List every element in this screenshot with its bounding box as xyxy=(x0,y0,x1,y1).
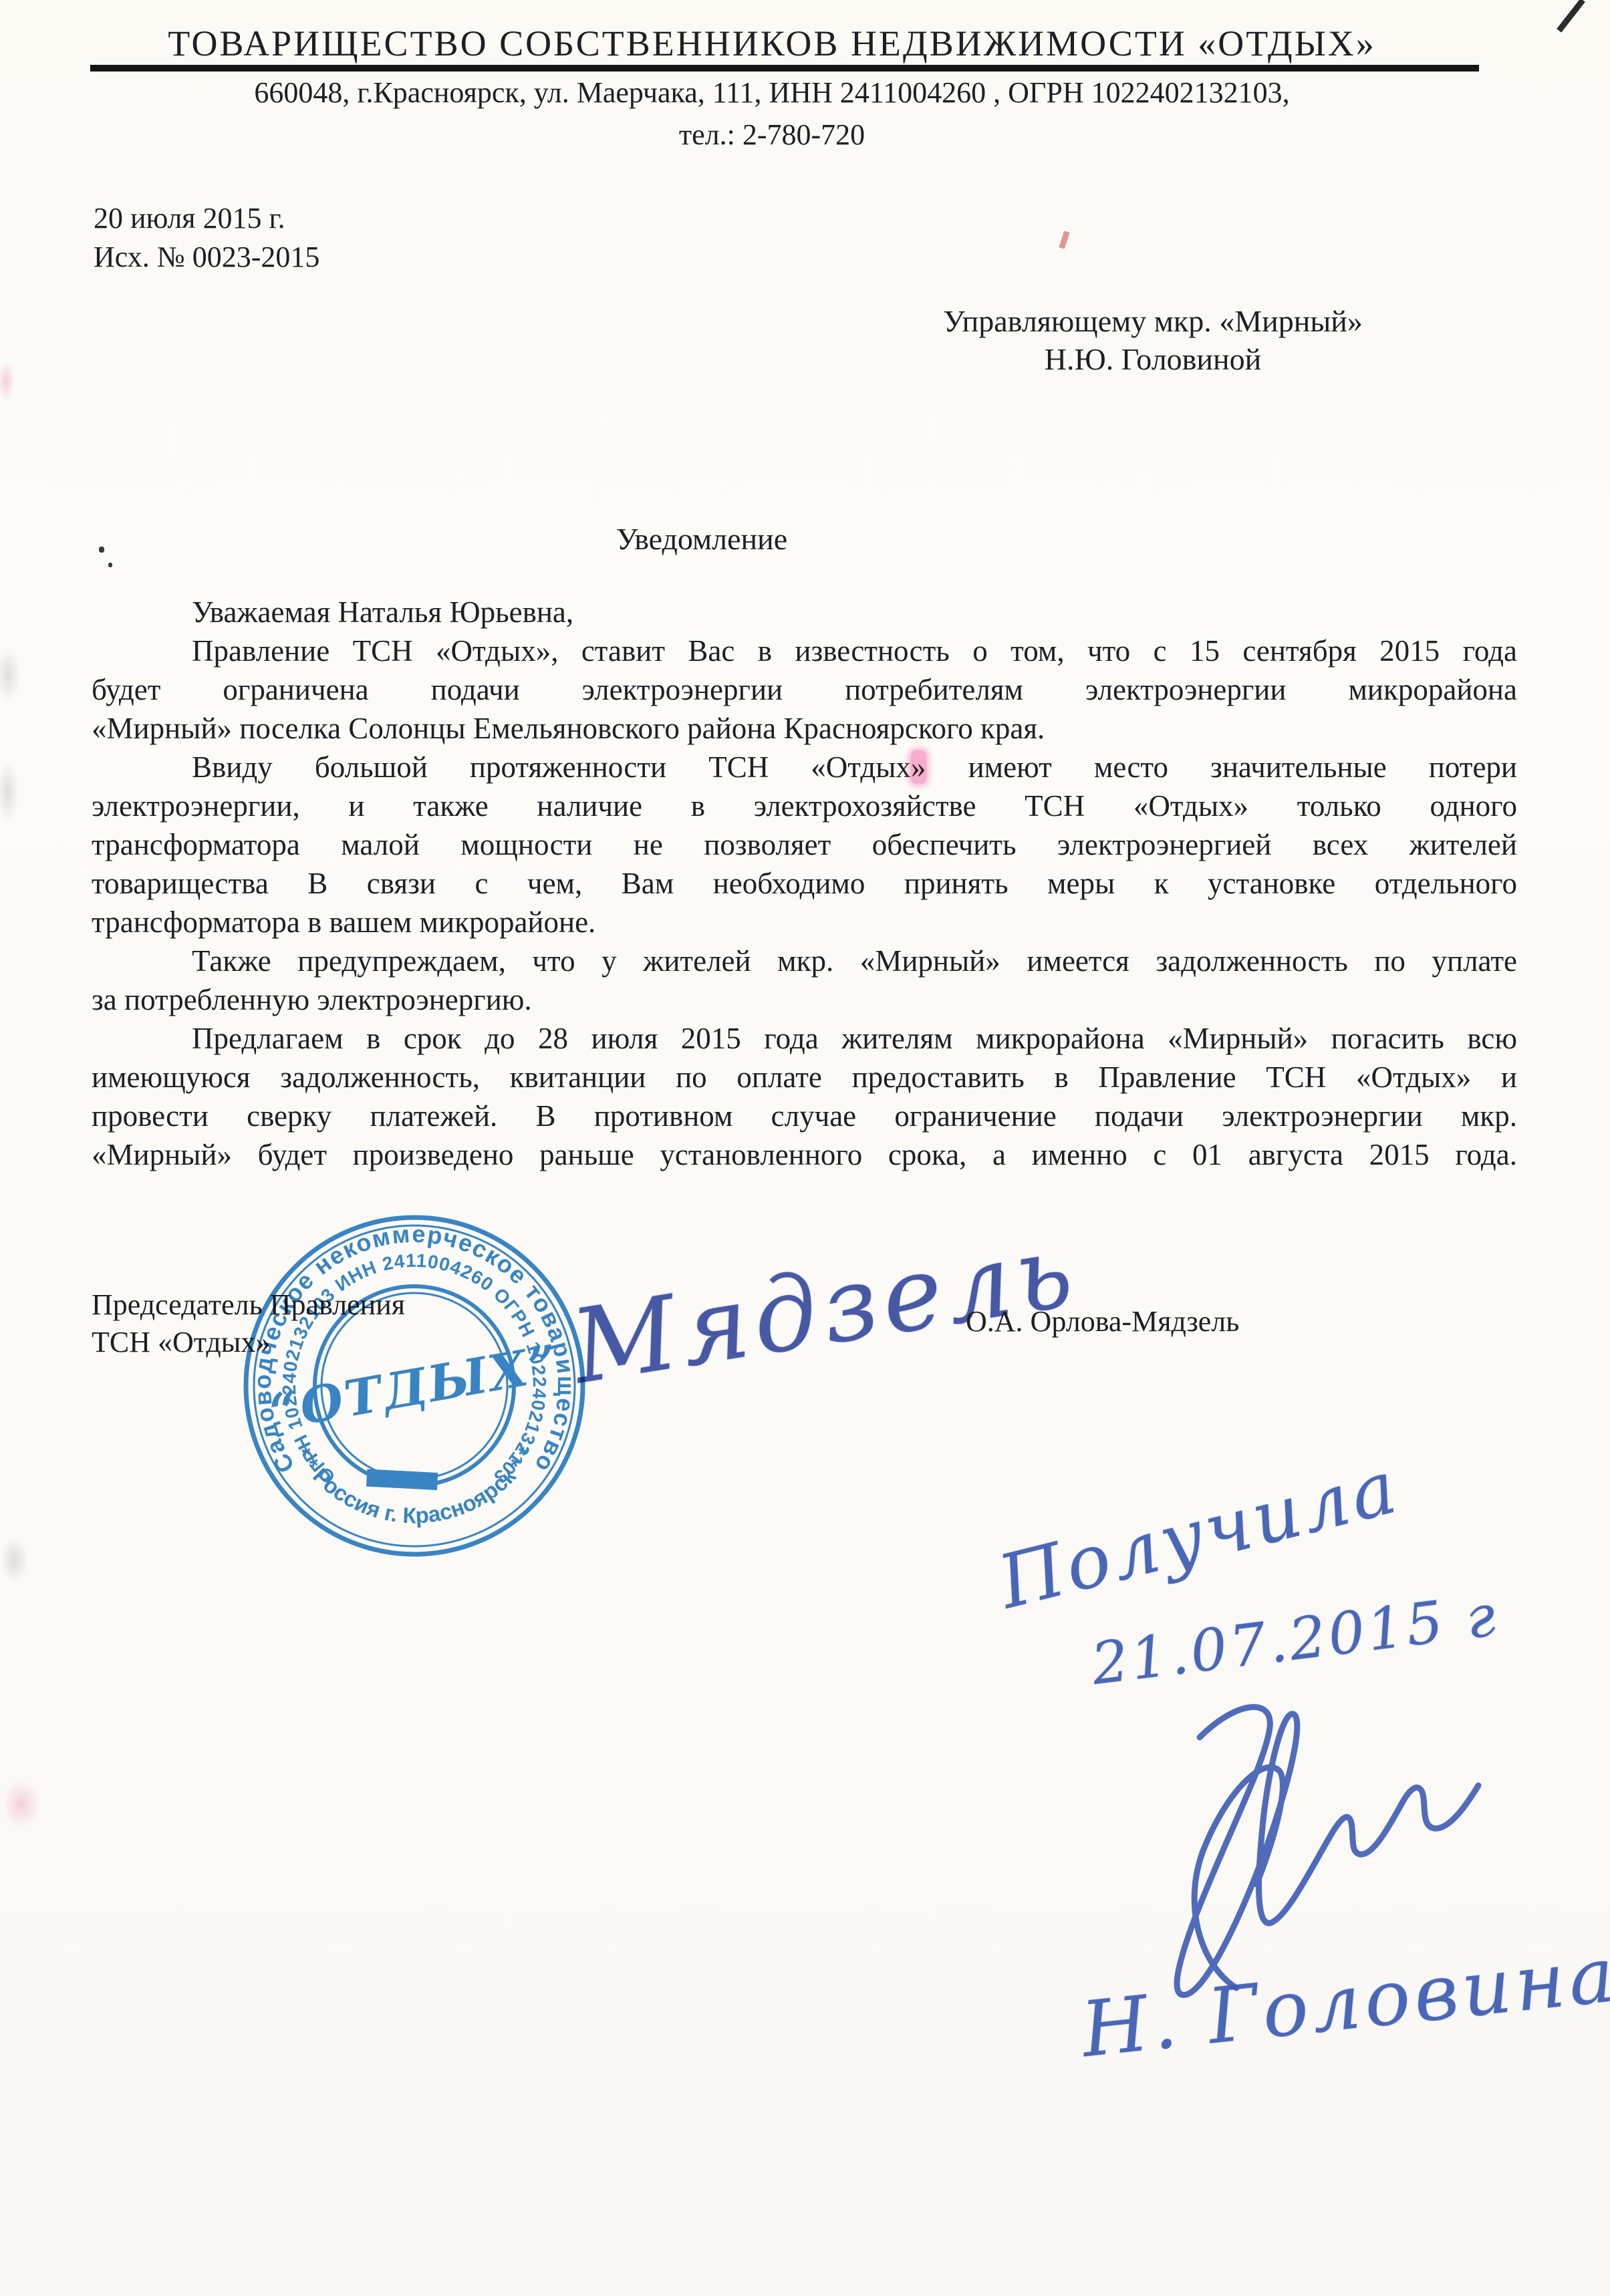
scan-smudge xyxy=(0,762,19,822)
letter-date: 20 июля 2015 г. xyxy=(94,199,319,238)
org-phone: тел.: 2-780-720 xyxy=(20,118,1524,152)
scan-speck-red xyxy=(1059,231,1070,249)
org-name: ТОВАРИЩЕСТВО СОБСТВЕННИКОВ НЕДВИЖИМОСТИ … xyxy=(20,23,1524,64)
document-title: Уведомление xyxy=(0,521,1403,557)
body-line: будет ограничена подачи электроэнергии п… xyxy=(92,670,1517,709)
body-line: Также предупреждаем, что у жителей мкр. … xyxy=(92,942,1517,980)
scanned-letter: ТОВАРИЩЕСТВО СОБСТВЕННИКОВ НЕДВИЖИМОСТИ … xyxy=(0,0,1610,2296)
org-address: 660048, г.Красноярск, ул. Маерчака, 111,… xyxy=(20,76,1524,110)
body-line: за потребленную электроэнергию. xyxy=(92,980,1517,1019)
letter-meta: 20 июля 2015 г. Исх. № 0023-2015 xyxy=(94,199,319,277)
recipient-line2: Н.Ю. Головиной xyxy=(932,340,1373,378)
received-note-text: Получила xyxy=(990,1443,1407,1625)
body-line: товарищества В связи с чем, Вам необходи… xyxy=(92,864,1517,903)
pink-highlight-mark: » xyxy=(911,750,926,784)
body-line: Уважаемая Наталья Юрьевна, xyxy=(92,593,1517,631)
scan-smudge-pink xyxy=(3,1781,40,1828)
scan-smudge xyxy=(0,648,21,702)
body-line: имеющуюся задолженность, квитанции по оп… xyxy=(92,1058,1517,1097)
stamp-center-bar xyxy=(366,1469,438,1490)
body-line: «Мирный» поселка Солонцы Емельяновского … xyxy=(92,709,1517,748)
scan-speck xyxy=(99,547,104,553)
recipient-line1: Управляющему мкр. «Мирный» xyxy=(932,302,1373,340)
body-line: трансформатора малой мощности не позволя… xyxy=(92,825,1517,864)
body-line: Ввиду большой протяженности ТСН «Отдых» … xyxy=(92,748,1517,786)
body-line: «Мирный» будет произведено раньше устано… xyxy=(92,1135,1517,1174)
flourish-stroke-1 xyxy=(1177,1707,1478,1995)
letter-ref-number: Исх. № 0023-2015 xyxy=(94,238,319,277)
body-line: трансформатора в вашем микрорайоне. xyxy=(92,903,1517,942)
recipient-signature-flourish xyxy=(1069,1657,1577,2031)
scan-smudge-pink xyxy=(0,361,15,401)
signer-printed-name: О.А. Орлова-Мядзель xyxy=(966,1304,1239,1338)
body-line: провести сверку платежей. В противном сл… xyxy=(92,1097,1517,1135)
flourish-stroke-2 xyxy=(1194,1767,1283,1988)
scan-speck xyxy=(108,563,112,567)
body-line: электроэнергии, и также наличие в электр… xyxy=(92,786,1517,825)
recipient-block: Управляющему мкр. «Мирный» Н.Ю. Головино… xyxy=(932,302,1373,378)
official-stamp: Садоводческое некоммерческое товариществ… xyxy=(234,1205,595,1566)
header-rule xyxy=(90,65,1479,71)
body-text: Уважаемая Наталья Юрьевна,Правление ТСН … xyxy=(92,593,1517,1174)
body-line: Правление ТСН «Отдых», ставит Вас в изве… xyxy=(92,631,1517,670)
scan-corner-mark xyxy=(1557,0,1585,33)
stamp-center-name: “ОТДЫХ” xyxy=(265,1334,563,1442)
scan-smudge xyxy=(0,1537,28,1584)
body-line: Предлагаем в срок до 28 июля 2015 года ж… xyxy=(92,1019,1517,1058)
